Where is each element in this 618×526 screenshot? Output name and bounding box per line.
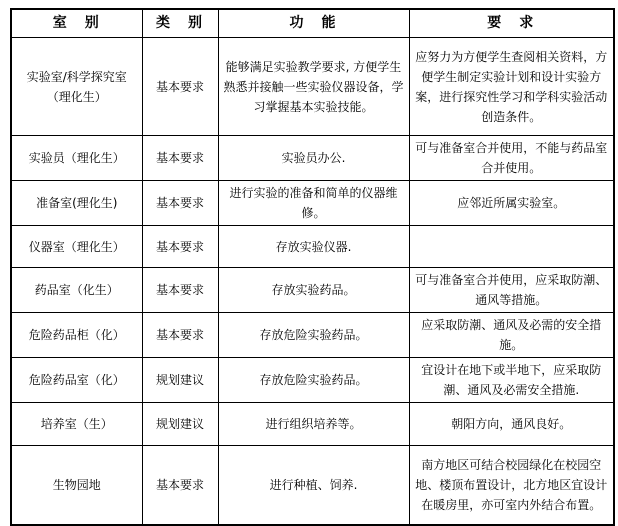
table-row: 生物园地 基本要求 进行种植、饲养. 南方地区可结合校园绿化在校园空地、楼顶布置… — [11, 446, 614, 525]
cell-room: 培养室（生） — [11, 403, 142, 446]
cell-requirement — [409, 226, 614, 268]
cell-room: 实验员（理化生） — [11, 136, 142, 181]
cell-function: 存放实验药品。 — [218, 268, 409, 313]
header-row: 室 别 类 别 功 能 要 求 — [11, 9, 614, 38]
table-row: 仪器室（理化生） 基本要求 存放实验仪器. — [11, 226, 614, 268]
cell-category: 基本要求 — [142, 181, 218, 226]
cell-category: 基本要求 — [142, 313, 218, 358]
table-row: 危险药品柜（化） 基本要求 存放危险实验药品。 应采取防潮、通风及必需的安全措施… — [11, 313, 614, 358]
cell-category: 规划建议 — [142, 358, 218, 403]
cell-function: 实验员办公. — [218, 136, 409, 181]
cell-function: 存放实验仪器. — [218, 226, 409, 268]
cell-room: 准备室(理化生) — [11, 181, 142, 226]
table-row: 实验员（理化生） 基本要求 实验员办公. 可与准备室合并使用，不能与药品室合并使… — [11, 136, 614, 181]
cell-requirement: 可与准备室合并使用，不能与药品室合并使用。 — [409, 136, 614, 181]
cell-requirement: 可与准备室合并使用，应采取防潮、通风等措施。 — [409, 268, 614, 313]
cell-category: 规划建议 — [142, 403, 218, 446]
cell-category: 基本要求 — [142, 268, 218, 313]
cell-room: 生物园地 — [11, 446, 142, 525]
cell-room: 危险药品柜（化） — [11, 313, 142, 358]
cell-room: 实验室/科学探究室（理化生） — [11, 38, 142, 136]
facility-requirements-table: 室 别 类 别 功 能 要 求 实验室/科学探究室（理化生） 基本要求 能够满足… — [10, 8, 615, 526]
cell-room: 药品室（化生） — [11, 268, 142, 313]
table-row: 准备室(理化生) 基本要求 进行实验的准备和简单的仪器维修。 应邻近所属实验室。 — [11, 181, 614, 226]
cell-requirement: 应努力为方便学生查阅相关资料，方便学生制定实验计划和设计实验方案，进行探究性学习… — [409, 38, 614, 136]
cell-requirement: 应邻近所属实验室。 — [409, 181, 614, 226]
table-row: 药品室（化生） 基本要求 存放实验药品。 可与准备室合并使用，应采取防潮、通风等… — [11, 268, 614, 313]
cell-requirement: 宜设计在地下或半地下，应采取防潮、通风及必需安全措施. — [409, 358, 614, 403]
cell-room: 仪器室（理化生） — [11, 226, 142, 268]
cell-function: 存放危险实验药品。 — [218, 358, 409, 403]
header-requirement: 要 求 — [409, 9, 614, 38]
table-row: 实验室/科学探究室（理化生） 基本要求 能够满足实验教学要求, 方便学生熟悉并接… — [11, 38, 614, 136]
cell-category: 基本要求 — [142, 226, 218, 268]
cell-requirement: 应采取防潮、通风及必需的安全措施。 — [409, 313, 614, 358]
cell-function: 存放危险实验药品。 — [218, 313, 409, 358]
cell-category: 基本要求 — [142, 136, 218, 181]
cell-category: 基本要求 — [142, 446, 218, 525]
cell-function: 进行组织培养等。 — [218, 403, 409, 446]
cell-function: 进行种植、饲养. — [218, 446, 409, 525]
cell-requirement: 南方地区可结合校园绿化在校园空地、楼顶布置设计，北方地区宜设计在暖房里，亦可室内… — [409, 446, 614, 525]
cell-requirement: 朝阳方向，通风良好。 — [409, 403, 614, 446]
table-row: 危险药品室（化） 规划建议 存放危险实验药品。 宜设计在地下或半地下，应采取防潮… — [11, 358, 614, 403]
cell-category: 基本要求 — [142, 38, 218, 136]
table-row: 培养室（生） 规划建议 进行组织培养等。 朝阳方向，通风良好。 — [11, 403, 614, 446]
header-function: 功 能 — [218, 9, 409, 38]
header-room: 室 别 — [11, 9, 142, 38]
cell-room: 危险药品室（化） — [11, 358, 142, 403]
header-category: 类 别 — [142, 9, 218, 38]
cell-function: 进行实验的准备和简单的仪器维修。 — [218, 181, 409, 226]
cell-function: 能够满足实验教学要求, 方便学生熟悉并接触一些实验仪器设备，学习掌握基本实验技能… — [218, 38, 409, 136]
